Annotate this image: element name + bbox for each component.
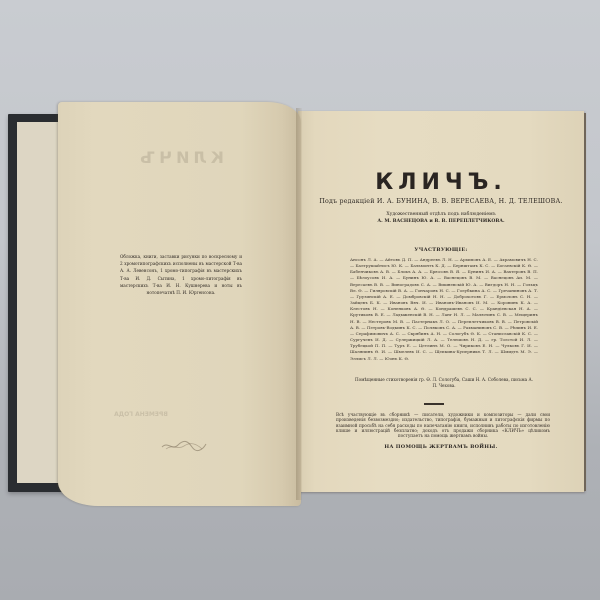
- book-photo-scene: КЛИЧЪ ВРЕМЕНА ГОДА Обложка, книги, заста…: [0, 0, 600, 600]
- art-department-label: Художественный отдѣлъ подъ наблюденіемъ: [298, 212, 584, 217]
- free-endpaper: [17, 122, 63, 483]
- bleed-through-title: КЛИЧЪ: [120, 148, 240, 167]
- section-divider: [424, 403, 444, 405]
- art-department-names: А. М. ВАСНЕЦОВА и В. В. ПЕРЕПЛЕТЧИКОВА.: [298, 219, 584, 224]
- charity-appeal-text: Всѣ участвующіе въ сборникѣ — писатели, …: [336, 412, 550, 438]
- bleed-through-block: ВРЕМЕНА ГОДА: [96, 410, 186, 420]
- editors-line: Подъ редакціей И. А. БУНИНА, В. В. ВЕРЕС…: [298, 198, 584, 205]
- lithographs-note: Помѣщенные стихотворенія гр. Ѳ. Л. Солог…: [352, 377, 536, 389]
- participants-heading: УЧАСТВУЮЩІЕ:: [298, 247, 584, 253]
- flourish-ornament-icon: [160, 440, 208, 452]
- gutter-shadow: [296, 108, 302, 500]
- war-victims-help-line: НА ПОМОЩЬ ЖЕРТВАМЪ ВОЙНЫ.: [298, 444, 584, 450]
- book-title: КЛИЧЪ.: [298, 170, 584, 195]
- printing-credits-text: Обложка, книги, заставки рисунки по воск…: [120, 253, 242, 296]
- participants-list: Ансонъ Л. А. — Айтовъ Д. П. — Андреевъ Л…: [350, 257, 538, 362]
